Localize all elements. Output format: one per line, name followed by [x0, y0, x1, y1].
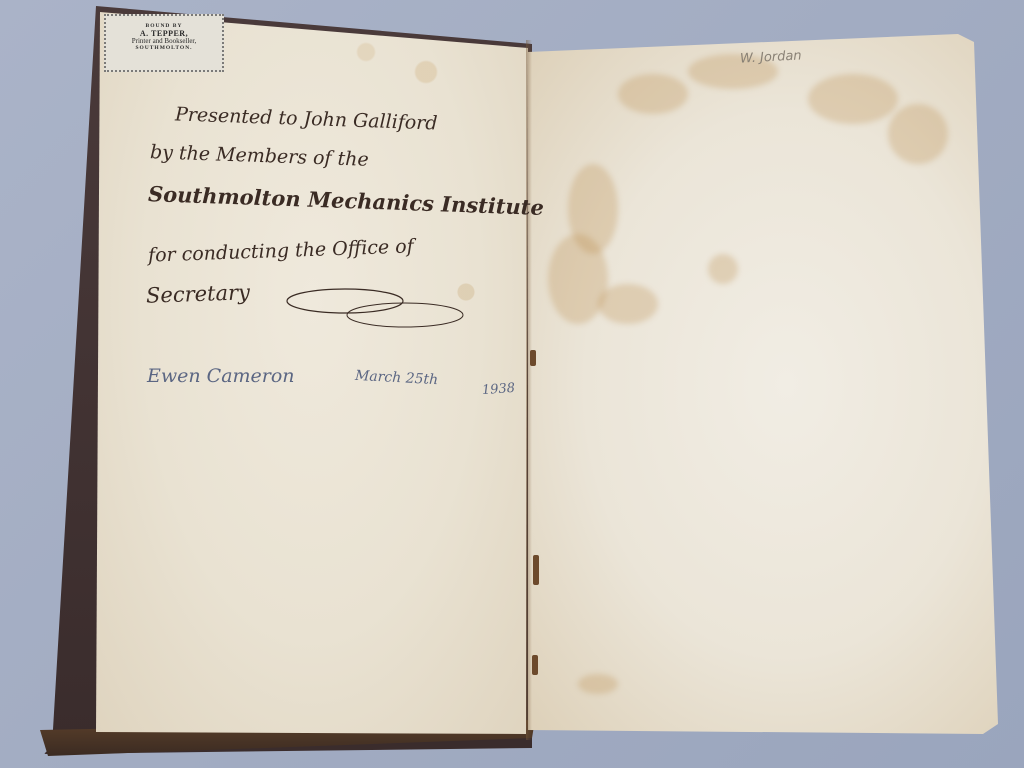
binding-tear	[530, 350, 536, 366]
flyleaf-page	[528, 34, 998, 734]
foxing-stain	[618, 74, 688, 114]
label-town: SOUTHMOLTON.	[106, 46, 222, 52]
binding-tear	[533, 555, 539, 585]
foxing-stain	[808, 74, 898, 124]
foxing-stain	[598, 284, 658, 324]
owner-year: 1938	[482, 381, 516, 398]
owner-name: Ewen Cameron	[147, 365, 295, 387]
foxing-stain	[578, 674, 618, 694]
foxing-stain	[708, 254, 738, 284]
binding-tear	[532, 655, 538, 675]
inscription-line: Secretary	[146, 280, 251, 308]
book-photo: BOUND BY A. TEPPER, Printer and Booksell…	[0, 0, 1024, 768]
bookbinder-label: BOUND BY A. TEPPER, Printer and Booksell…	[104, 14, 224, 72]
book-gutter	[526, 40, 532, 740]
pencil-name-note: W. Jordan	[740, 48, 802, 66]
foxing-stain	[888, 104, 948, 164]
signature-flourish	[285, 283, 465, 333]
